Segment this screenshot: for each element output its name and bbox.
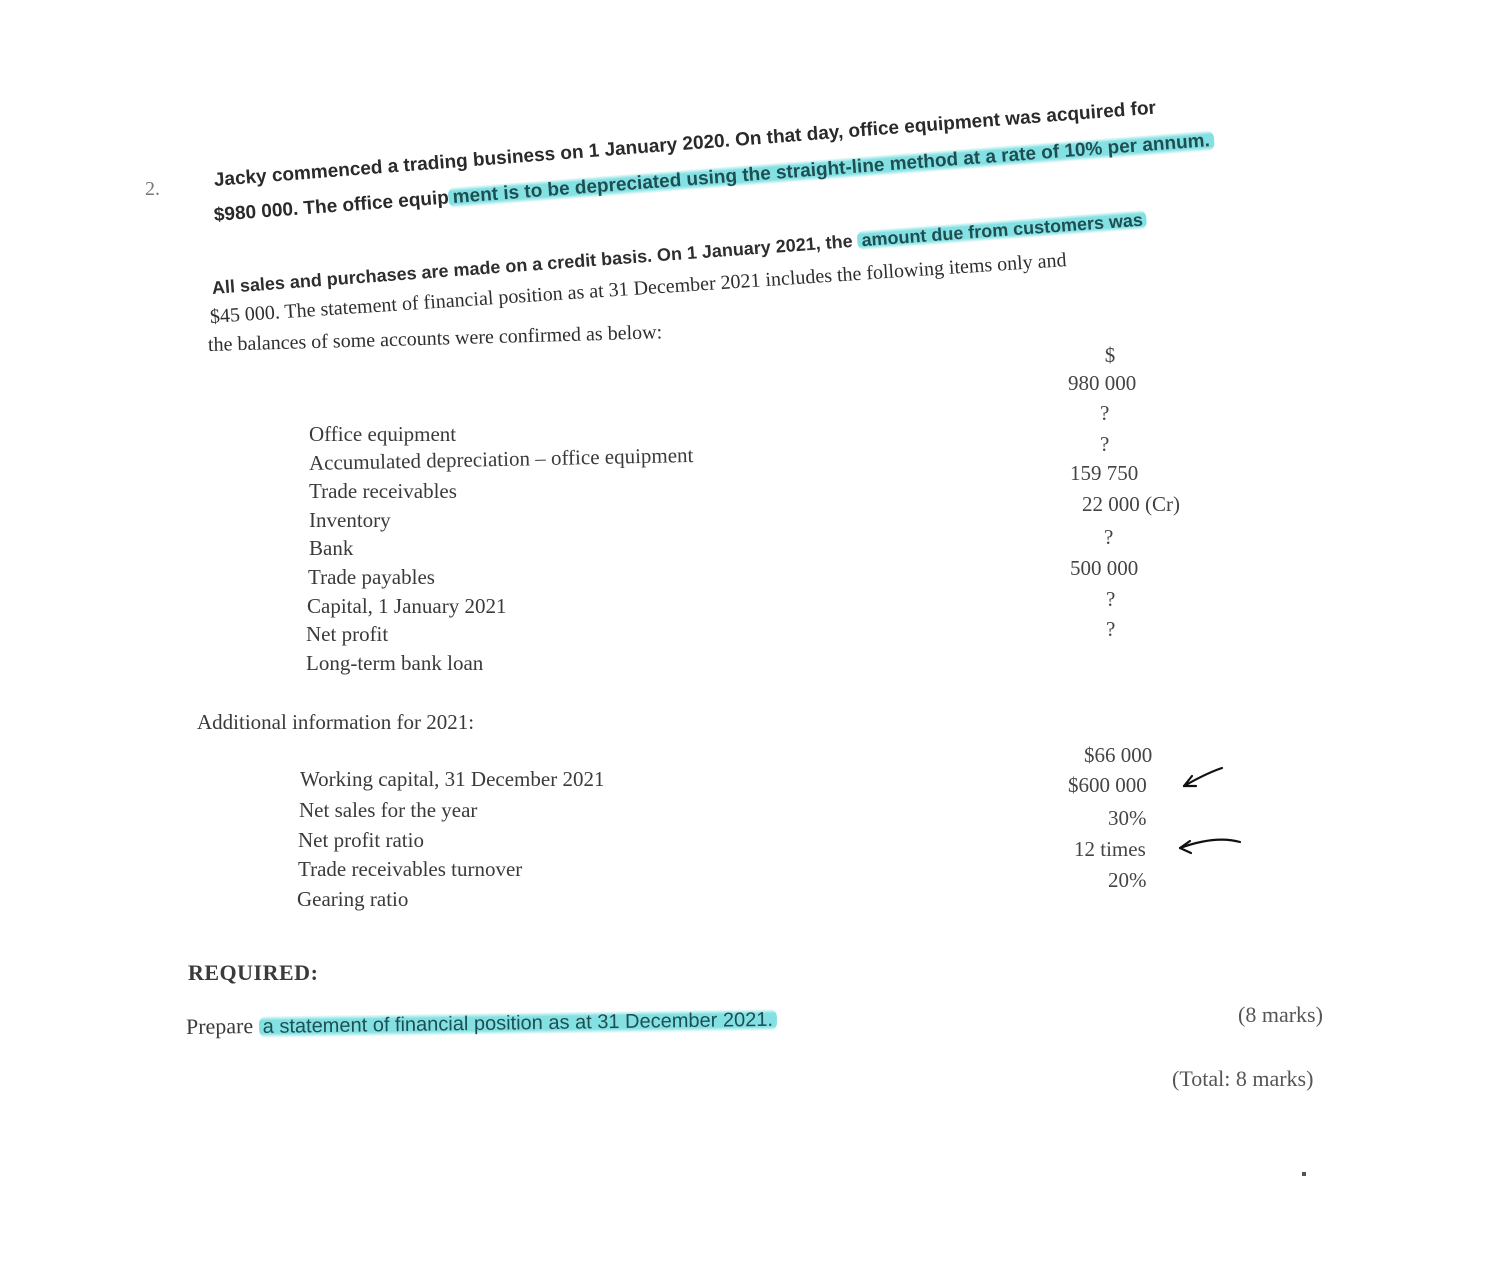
balance-label: Capital, 1 January 2021 (307, 594, 506, 619)
required-instruction: Prepare a statement of financial positio… (186, 1006, 777, 1040)
handwritten-arrow-icon (1172, 834, 1244, 858)
question-number: 2. (145, 178, 160, 201)
additional-info-label: Working capital, 31 December 2021 (300, 767, 604, 792)
balance-label: Long-term bank loan (306, 651, 483, 676)
required-heading: REQUIRED: (188, 960, 318, 986)
currency-header: $ (1090, 343, 1130, 368)
highlighted-required-text: a statement of financial position as at … (259, 1009, 778, 1038)
balance-value: ? (1106, 587, 1115, 612)
additional-info-value: 20% (1108, 868, 1147, 893)
balance-label: Office equipment (309, 422, 456, 447)
additional-info-label: Gearing ratio (297, 887, 408, 912)
total-marks-label: (Total: 8 marks) (1172, 1066, 1313, 1092)
required-instruction-pre: Prepare (186, 1013, 259, 1039)
additional-info-value: $66 000 (1084, 743, 1152, 768)
balance-value: 22 000 (Cr) (1082, 492, 1180, 517)
balance-label: Trade receivables (309, 479, 457, 504)
additional-info-heading: Additional information for 2021: (197, 710, 474, 735)
additional-info-label: Net profit ratio (298, 828, 424, 853)
handwritten-arrow-icon (1176, 764, 1226, 794)
balance-label: Accumulated depreciation – office equipm… (309, 443, 694, 476)
balance-value: 500 000 (1070, 556, 1138, 581)
marks-label: (8 marks) (1238, 1002, 1323, 1028)
additional-info-value: 30% (1108, 806, 1147, 831)
balance-label: Trade payables (308, 565, 435, 590)
highlighted-amount-due-text: amount due from customers was (857, 209, 1148, 250)
additional-info-value: $600 000 (1068, 773, 1147, 798)
balance-value: 159 750 (1070, 461, 1138, 486)
balance-value: ? (1106, 617, 1115, 642)
balance-value: 980 000 (1068, 371, 1136, 396)
scan-speck (1302, 1172, 1306, 1176)
balance-label: Net profit (306, 622, 388, 647)
balance-label: Bank (309, 536, 353, 561)
paragraph2-line3: the balances of some accounts were confi… (208, 321, 663, 357)
paragraph1-line2-text: $980 000. The office equip (213, 187, 449, 226)
additional-info-label: Trade receivables turnover (298, 857, 522, 882)
balance-value: ? (1104, 525, 1113, 550)
balance-label: Inventory (309, 508, 391, 533)
balance-value: ? (1100, 401, 1109, 426)
additional-info-value: 12 times (1074, 837, 1146, 862)
balance-value: ? (1100, 432, 1109, 457)
additional-info-label: Net sales for the year (299, 798, 477, 823)
